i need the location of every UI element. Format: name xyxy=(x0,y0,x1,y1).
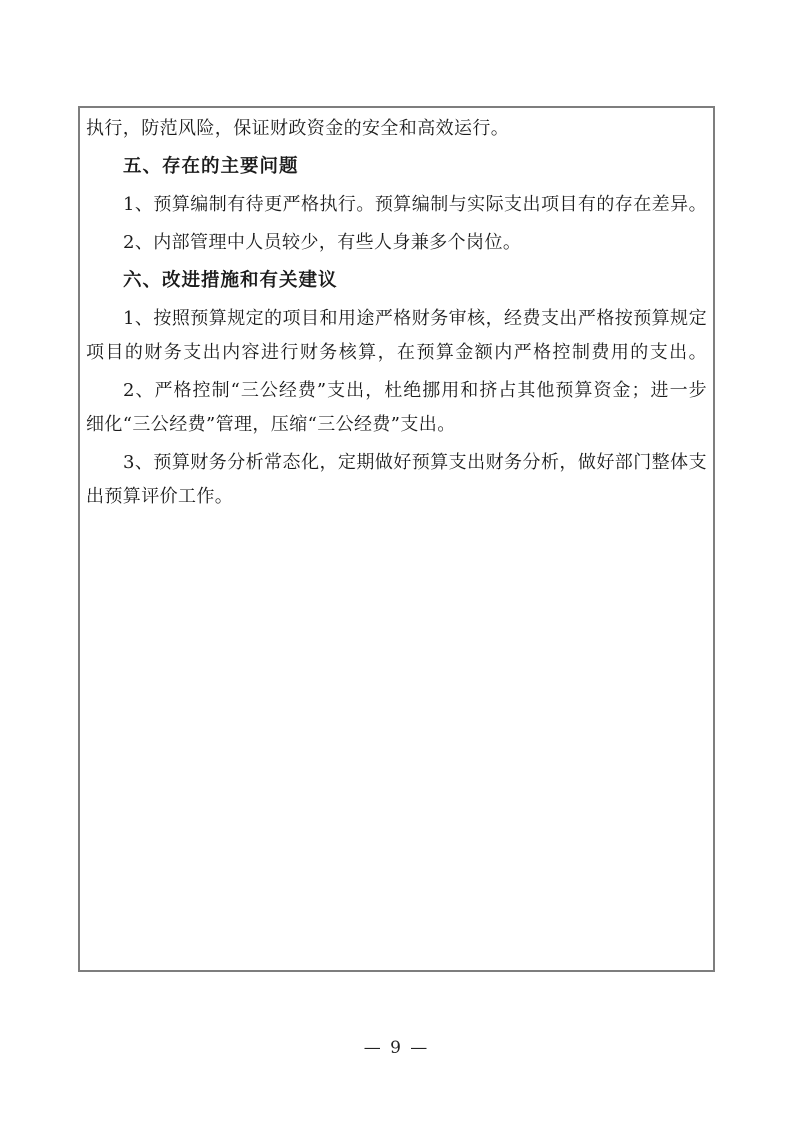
body-line: 1、预算编制有待更严格执行。预算编制与实际支出项目有的存在差异。 xyxy=(86,188,707,222)
document-page: { "page": { "background": "#ffffff", "bo… xyxy=(0,0,793,1122)
heading-line: 五、存在的主要问题 xyxy=(86,150,707,184)
body-line: 细化“三公经费”管理，压缩“三公经费”支出。 xyxy=(86,408,707,442)
body-line: 2、严格控制“三公经费”支出，杜绝挪用和挤占其他预算资金；进一步 xyxy=(86,374,707,408)
body-line: 执行，防范风险，保证财政资金的安全和高效运行。 xyxy=(86,112,707,146)
heading-line: 六、改进措施和有关建议 xyxy=(86,264,707,298)
body-line: 1、按照预算规定的项目和用途严格财务审核，经费支出严格按预算规定 xyxy=(86,302,707,336)
body-line: 项目的财务支出内容进行财务核算，在预算金额内严格控制费用的支出。 xyxy=(86,336,707,370)
paragraph-continuation: 执行，防范风险，保证财政资金的安全和高效运行。 xyxy=(86,112,707,146)
page-number: — 9 — xyxy=(0,1038,793,1058)
body-line: 2、内部管理中人员较少，有些人身兼多个岗位。 xyxy=(86,226,707,260)
list-item-measure-1: 1、按照预算规定的项目和用途严格财务审核，经费支出严格按预算规定 项目的财务支出… xyxy=(86,302,707,370)
list-item-measure-3: 3、预算财务分析常态化，定期做好预算支出财务分析，做好部门整体支 出预算评价工作… xyxy=(86,446,707,514)
section-heading-5: 五、存在的主要问题 xyxy=(86,150,707,184)
list-item-problem-2: 2、内部管理中人员较少，有些人身兼多个岗位。 xyxy=(86,226,707,260)
section-heading-6: 六、改进措施和有关建议 xyxy=(86,264,707,298)
list-item-problem-1: 1、预算编制有待更严格执行。预算编制与实际支出项目有的存在差异。 xyxy=(86,188,707,222)
body-line: 出预算评价工作。 xyxy=(86,480,707,514)
content-border-box: 执行，防范风险，保证财政资金的安全和高效运行。 五、存在的主要问题 1、预算编制… xyxy=(78,106,715,972)
body-line: 3、预算财务分析常态化，定期做好预算支出财务分析，做好部门整体支 xyxy=(86,446,707,480)
list-item-measure-2: 2、严格控制“三公经费”支出，杜绝挪用和挤占其他预算资金；进一步 细化“三公经费… xyxy=(86,374,707,442)
